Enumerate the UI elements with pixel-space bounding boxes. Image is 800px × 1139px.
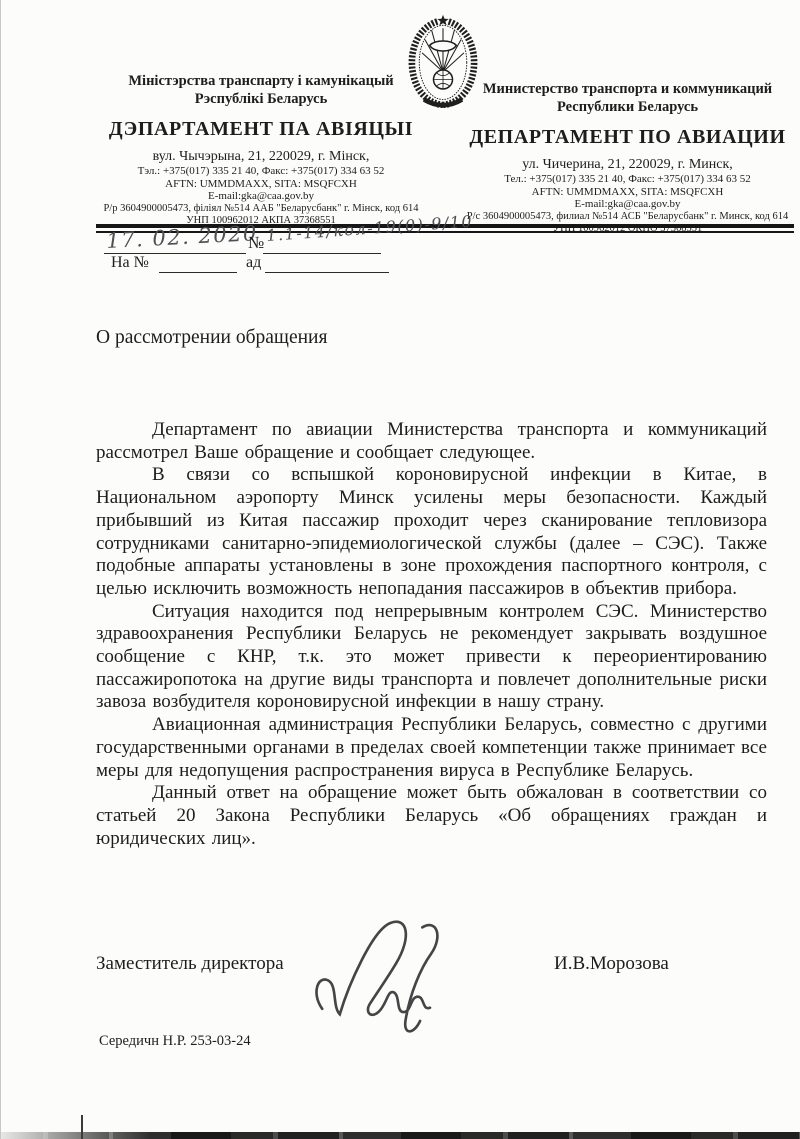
address-by: вул. Чычэрына, 21, 220029, г. Мінск, [71, 148, 451, 165]
letter-body: Департамент по авиации Министерства тран… [96, 419, 767, 850]
ministry-name-ru: Министерство транспорта и коммуникаций [459, 80, 796, 98]
scan-line-artifact [81, 1115, 83, 1139]
body-paragraph: В связи со вспышкой короновирусной инфек… [96, 464, 767, 600]
department-name-by: ДЭПАРТАМЕНТ ПА АВІЯЦЫІ [71, 117, 451, 141]
number-symbol: № [248, 233, 264, 253]
reply-date-label: ад [246, 254, 261, 272]
letterhead-left: Міністэрства транспарту і камунікацый Рэ… [71, 72, 451, 227]
bank-ru: Р/с 3604900005473, филиал №514 АСБ "Бела… [459, 211, 796, 223]
body-paragraph: Авиационная администрация Республики Бел… [96, 714, 767, 782]
ministry-country-by: Рэспублікі Беларусь [71, 90, 451, 108]
signature-autograph [309, 912, 474, 1044]
signer-name: И.В.Морозова [554, 953, 669, 975]
body-paragraph: Департамент по авиации Министерства тран… [96, 419, 767, 464]
department-name-ru: ДЕПАРТАМЕНТ ПО АВИАЦИИ [459, 125, 796, 149]
ministry-name-by: Міністэрства транспарту і камунікацый [71, 72, 451, 90]
bank-by: Р/р 3604900005473, філіял №514 ААБ "Бела… [71, 203, 451, 215]
reply-to-label: На № [111, 254, 149, 272]
aftn-by: AFTN: UMMDMAXX, SITA: MSQFCXH [71, 178, 451, 191]
letterhead-right: Министерство транспорта и коммуникаций Р… [459, 80, 796, 235]
phone-ru: Тел.: +375(017) 335 21 40, Факс: +375(01… [459, 173, 796, 186]
executor-note: Середичн Н.Р. 253-03-24 [99, 1033, 251, 1050]
subject-line: О рассмотрении обращения [96, 327, 327, 349]
email-by: E-mail:gka@caa.gov.by [71, 190, 451, 203]
email-ru: E-mail:gka@caa.gov.by [459, 198, 796, 211]
letter-document: Міністэрства транспарту і камунікацый Рэ… [0, 0, 800, 1139]
phone-by: Тэл.: +375(017) 335 21 40, Факс: +375(01… [71, 165, 451, 178]
aftn-ru: AFTN: UMMDMAXX, SITA: MSQFCXH [459, 186, 796, 199]
body-paragraph: Ситуация находится под непрерывным контр… [96, 601, 767, 715]
address-ru: ул. Чичерина, 21, 220029, г. Минск, [459, 156, 796, 173]
reply-date-underline [265, 272, 389, 273]
number-underline [263, 253, 381, 254]
scan-edge-fade [1, 1132, 151, 1139]
reply-number-underline [159, 272, 237, 273]
body-paragraph: Данный ответ на обращение может быть обж… [96, 782, 767, 850]
signer-position: Заместитель директора [96, 953, 284, 975]
ministry-country-ru: Республики Беларусь [459, 98, 796, 116]
